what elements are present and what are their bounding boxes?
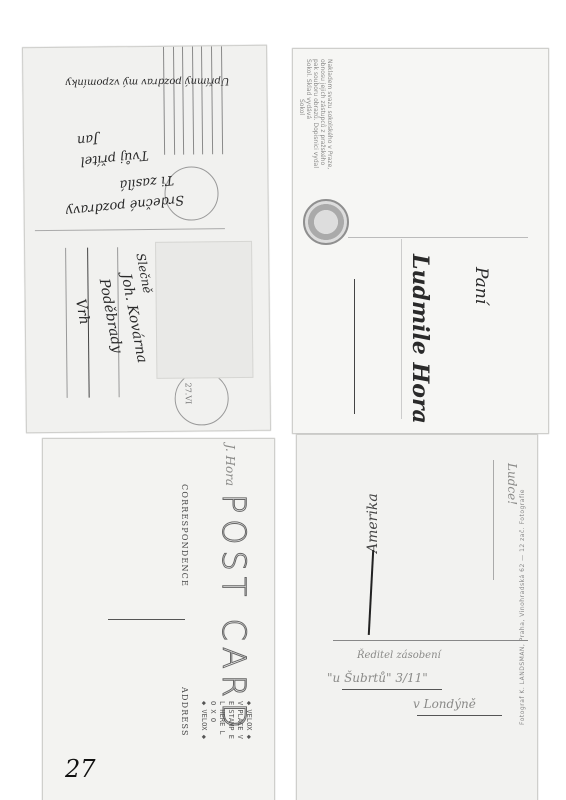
handwriting-message-3: Tvůj přítel bbox=[80, 147, 149, 169]
divider-vertical bbox=[401, 239, 402, 419]
handwriting-address-3: v Londýně bbox=[413, 697, 476, 711]
stamp-row: E STAMP E bbox=[226, 701, 235, 739]
stamp-area bbox=[155, 241, 253, 379]
printed-text-line-3: pak souboru obrazů. Dopisnici vydal bbox=[312, 59, 319, 168]
page-number: 27 bbox=[65, 755, 96, 783]
handwriting-address-2: "u Šubrtů" 3/11" bbox=[327, 671, 428, 685]
handwriting-note: J. Hora bbox=[223, 444, 237, 486]
divider-line bbox=[108, 619, 185, 620]
underline bbox=[342, 689, 442, 690]
stamp-row: ◆ VELOX ◆ bbox=[199, 701, 208, 739]
postcard-top-left: 27.VI Upřímný pozdrav mý vzpomínky Srdeč… bbox=[22, 45, 271, 434]
underline bbox=[368, 550, 374, 635]
underline bbox=[417, 715, 502, 716]
handwriting-address-1: Paní bbox=[471, 267, 491, 304]
handwriting-top: Ludce! bbox=[505, 463, 519, 505]
postcard-bottom-right: Ludce! Amerika Ředitel zásobení "u Šubrt… bbox=[296, 434, 538, 800]
postmark-circle-lower bbox=[174, 371, 229, 426]
handwriting-address-1: Slečně bbox=[133, 252, 154, 295]
postcard-bottom-left: POST CARD CORRESPONDENCE ADDRESS J. Hora… bbox=[42, 438, 275, 800]
stamp-row: L HERE L bbox=[217, 701, 226, 735]
handwriting-top-line: Upřímný pozdrav mý vzpomínky bbox=[29, 75, 229, 88]
address-label: ADDRESS bbox=[180, 687, 189, 737]
printed-text-line-2: obnosu jejich zástupců z pražského bbox=[319, 59, 326, 165]
cancellation-lines bbox=[163, 46, 234, 155]
handwriting-address-4: Vrh bbox=[72, 298, 92, 326]
correspondence-label: CORRESPONDENCE bbox=[180, 484, 189, 587]
stamp-row: V PLACE V bbox=[235, 701, 244, 739]
handwriting-address-2: Ludmile Hora bbox=[407, 254, 433, 424]
divider-line bbox=[333, 640, 528, 641]
printed-text-line-1: Nakladem svazu sokolského v Praze, bbox=[326, 59, 333, 169]
printed-text-line-4: Sokol. Sklad vydává bbox=[305, 59, 312, 119]
handwriting-address-1: Ředitel zásobení bbox=[357, 650, 441, 661]
stamp-row: O X O bbox=[208, 701, 217, 722]
sokol-emblem-icon bbox=[303, 199, 349, 245]
stamp-box: ◆ VELOX ◆ V PLACE V E STAMP E L HERE L O… bbox=[193, 701, 255, 761]
postcard-top-right: Nakladem svazu sokolského v Praze, obnos… bbox=[292, 48, 549, 434]
handwriting-message-1: Srdečné pozdravy bbox=[65, 192, 184, 219]
address-line bbox=[354, 279, 355, 414]
divider-line bbox=[348, 237, 528, 238]
address-line bbox=[65, 248, 68, 398]
postmark-date: 27.VI bbox=[184, 383, 193, 405]
handwriting-message-4: Jan bbox=[76, 131, 99, 148]
printer-credit: Fotograf K. LANDSMAN, Praha, Vinohradská… bbox=[519, 445, 526, 725]
divider-vertical bbox=[493, 460, 494, 580]
printed-text-line-5: Sokol bbox=[298, 99, 305, 115]
postcard-title: POST CARD bbox=[215, 494, 253, 734]
handwriting-side: Amerika bbox=[365, 493, 381, 553]
stamp-row: ◆ VELOX ◆ bbox=[244, 701, 253, 739]
divider-line bbox=[35, 228, 225, 231]
